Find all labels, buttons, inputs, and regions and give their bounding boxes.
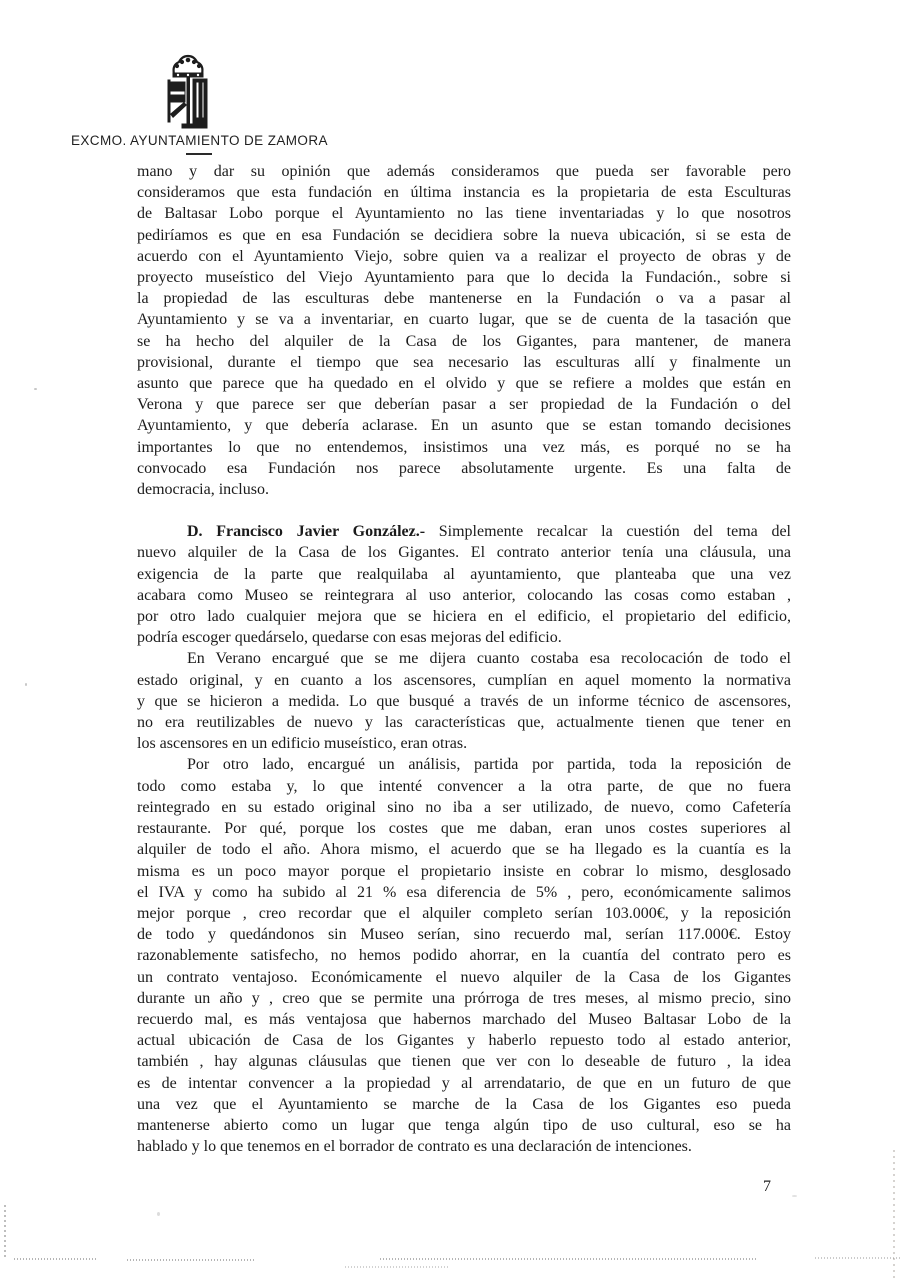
text-line: es de intentar convencer a la propiedad … xyxy=(137,1073,791,1094)
text-line: una vez que el Ayuntamiento se marche de… xyxy=(137,1094,791,1115)
page-number: 7 xyxy=(763,1178,771,1196)
scan-artifact-dash-line xyxy=(127,1259,254,1261)
text-line: acabara como Museo se reintegrara al uso… xyxy=(137,585,791,606)
text-line: Ayuntamiento, y que debería aclarase. En… xyxy=(137,415,791,436)
text-line: D. Francisco Javier González.- Simplemen… xyxy=(137,521,791,542)
scan-artifact-dash-line xyxy=(815,1257,900,1259)
scan-artifact-speck xyxy=(792,1195,797,1197)
text-line: Por otro lado, encargué un análisis, par… xyxy=(137,754,791,775)
text-line: proyecto museístico del Viejo Ayuntamien… xyxy=(137,267,791,288)
coat-of-arms-icon xyxy=(160,52,216,132)
scan-artifact-speck xyxy=(157,1212,160,1216)
text-line: asunto que parece que ha quedado en el o… xyxy=(137,373,791,394)
paragraph: En Verano encargué que se me dijera cuan… xyxy=(137,648,791,754)
text-line: Verona y que parece ser que deberían pas… xyxy=(137,394,791,415)
text-line: reintegrado en su estado original sino n… xyxy=(137,797,791,818)
text-line: estado original, y en cuanto a los ascen… xyxy=(137,670,791,691)
text-line: de todo y quedándonos sin Museo serían, … xyxy=(137,924,791,945)
text-line: nuevo alquiler de la Casa de los Gigante… xyxy=(137,542,791,563)
scan-artifact-dash-line xyxy=(14,1258,98,1260)
header-underline xyxy=(186,153,212,155)
text-line: pediríamos es que en esa Fundación se de… xyxy=(137,225,791,246)
paragraph: Por otro lado, encargué un análisis, par… xyxy=(137,754,791,1157)
scan-artifact-speck xyxy=(34,388,37,390)
text-line: los ascensores en un edificio museístico… xyxy=(137,733,791,754)
document-page: EXCMO. AYUNTAMIENTO DE ZAMORA mano y dar… xyxy=(0,0,900,1281)
text-line: Ayuntamiento y se va a inventariar, en c… xyxy=(137,309,791,330)
text-line: el IVA y como ha subido al 21 % esa dife… xyxy=(137,882,791,903)
document-body: mano y dar su opinión que además conside… xyxy=(137,161,791,1157)
text-line: alquiler de todo el año. Ahora mismo, el… xyxy=(137,839,791,860)
paragraph: mano y dar su opinión que además conside… xyxy=(137,161,791,500)
text-line: convocado esa Fundación nos parece absol… xyxy=(137,458,791,479)
text-line: hablado y lo que tenemos en el borrador … xyxy=(137,1136,791,1157)
text-line: podría escoger quedárselo, quedarse con … xyxy=(137,627,791,648)
text-line: actual ubicación de Casa de los Gigantes… xyxy=(137,1030,791,1051)
text-line: recuerdo mal, es más ventajosa que haber… xyxy=(137,1009,791,1030)
text-line: la propiedad de las esculturas debe mant… xyxy=(137,288,791,309)
scan-artifact-dash-line xyxy=(380,1258,757,1260)
organization-name: EXCMO. AYUNTAMIENTO DE ZAMORA xyxy=(71,133,328,148)
zamora-coat-of-arms-logo xyxy=(160,52,216,132)
paragraph: D. Francisco Javier González.- Simplemen… xyxy=(137,521,791,648)
text-line: un contrato ventajoso. Económicamente el… xyxy=(137,967,791,988)
text-line: también , hay algunas cláusulas que tien… xyxy=(137,1051,791,1072)
text-line: exigencia de la parte que realquilaba al… xyxy=(137,564,791,585)
text-line: consideramos que esta fundación en últim… xyxy=(137,182,791,203)
text-line: acuerdo con el Ayuntamiento Viejo, sobre… xyxy=(137,246,791,267)
scan-artifact-edge-noise xyxy=(893,1150,895,1280)
text-line: no era reutilizables de nuevo y las cara… xyxy=(137,712,791,733)
text-line: y que se hicieron a medida. Lo que busqu… xyxy=(137,691,791,712)
text-line: democracia, incluso. xyxy=(137,479,791,500)
speaker-name: D. Francisco Javier González.- xyxy=(187,523,425,540)
text-line: mejor porque , creo recordar que el alqu… xyxy=(137,903,791,924)
text-line: mano y dar su opinión que además conside… xyxy=(137,161,791,182)
scan-artifact-edge-ticks xyxy=(4,1205,6,1260)
text-line: se ha hecho del alquiler de la Casa de l… xyxy=(137,331,791,352)
scan-artifact-speck xyxy=(25,683,27,686)
text-line: durante un año y , creo que se permite u… xyxy=(137,988,791,1009)
text-line: mantenerse abierto como un lugar que ten… xyxy=(137,1115,791,1136)
text-line: misma es un poco mayor porque el propiet… xyxy=(137,861,791,882)
text-line: razonablemente satisfecho, no hemos podi… xyxy=(137,945,791,966)
scan-artifact-dash-line xyxy=(345,1266,450,1268)
text-line: provisional, durante el tiempo que sea n… xyxy=(137,352,791,373)
text-line: restaurante. Por qué, porque los costes … xyxy=(137,818,791,839)
text-line: todo como estaba y, lo que intenté conve… xyxy=(137,776,791,797)
text-line: importantes lo que no entendemos, insist… xyxy=(137,437,791,458)
text-line: En Verano encargué que se me dijera cuan… xyxy=(137,648,791,669)
text-line: por otro lado cualquier mejora que se hi… xyxy=(137,606,791,627)
text-line: de Baltasar Lobo porque el Ayuntamiento … xyxy=(137,203,791,224)
